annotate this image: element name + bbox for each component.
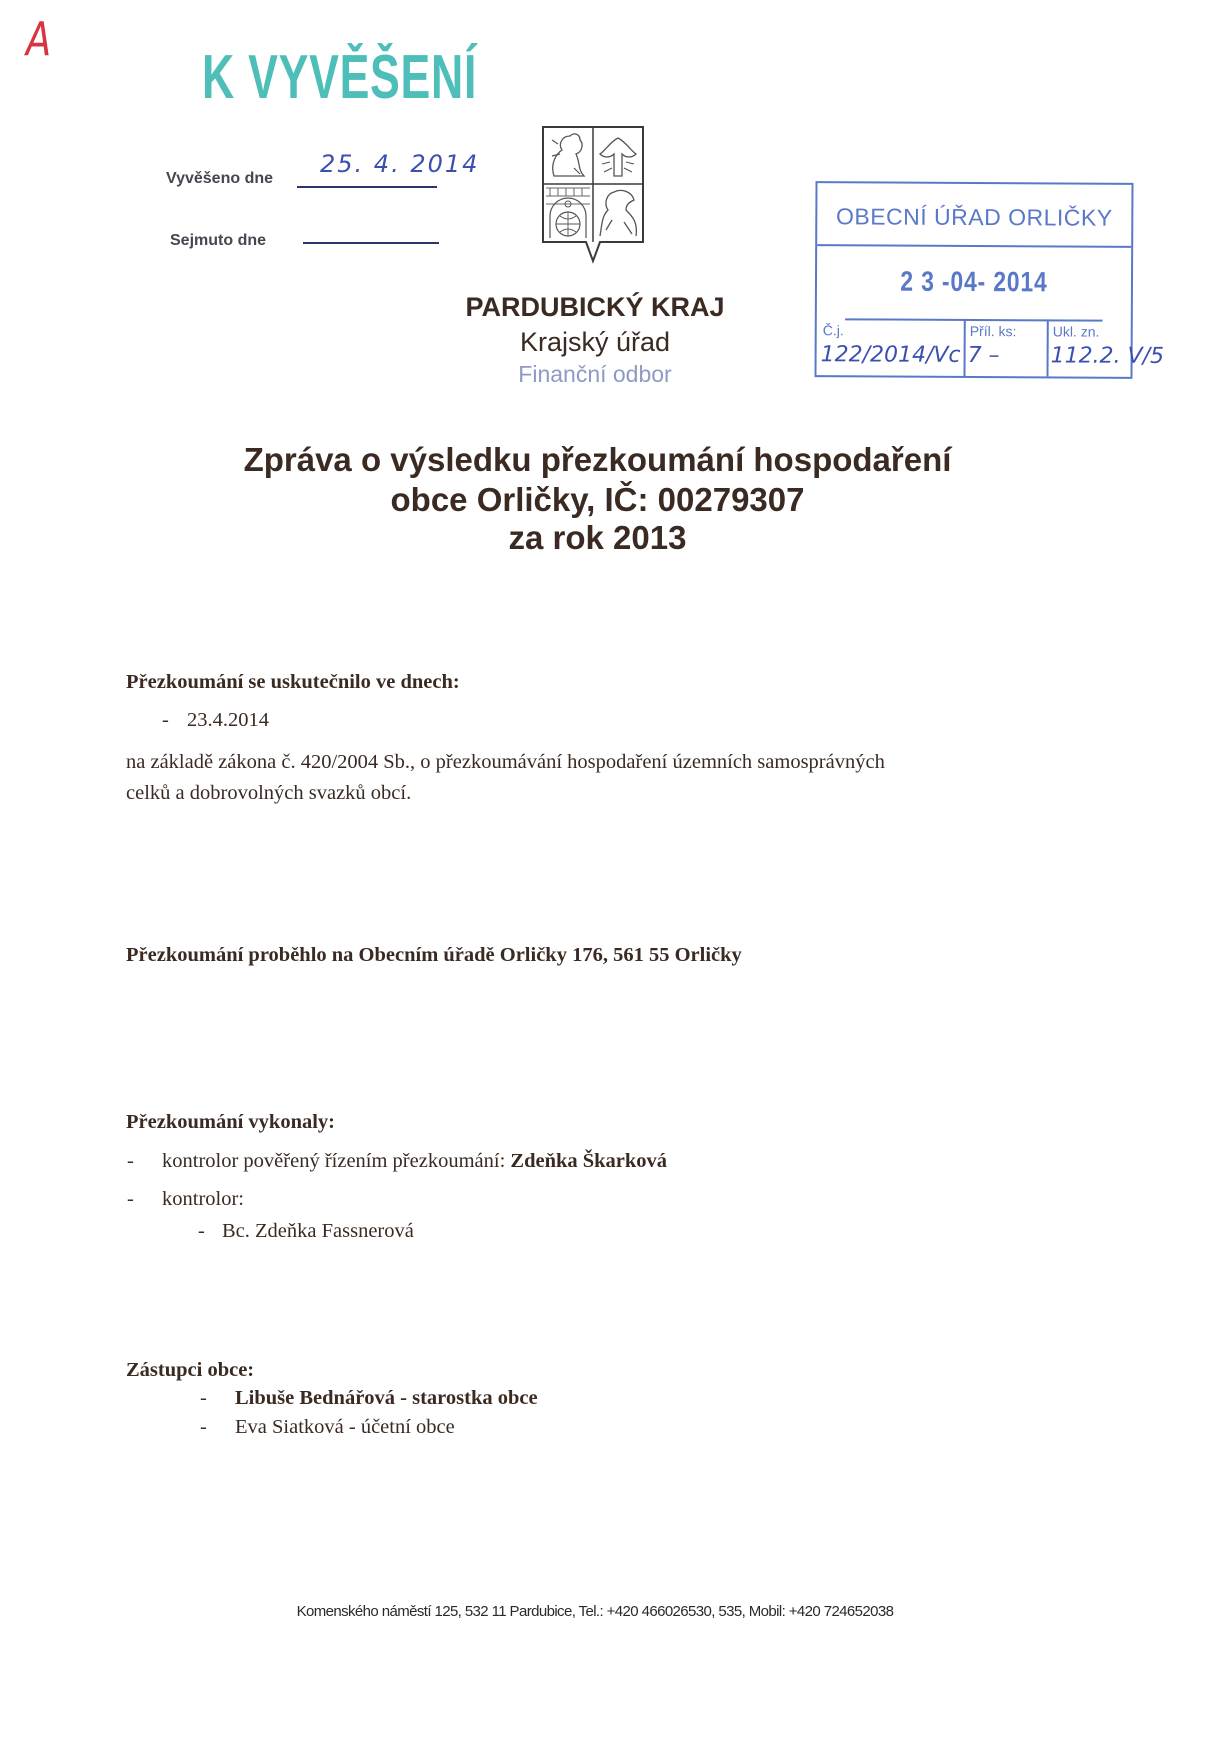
reference-number-value: 122/2014/Vc xyxy=(821,342,961,368)
review-dates-heading: Přezkoumání se uskutečnilo ve dnech: xyxy=(126,671,460,694)
legal-basis-line-2: celků a dobrovolných svazků obcí. xyxy=(126,782,411,805)
list-bullet: - xyxy=(200,1416,207,1439)
registry-stamp-office: OBECNÍ ÚŘAD ORLIČKY xyxy=(817,183,1131,248)
representative-accountant: Eva Siatková - účetní obce xyxy=(235,1416,455,1439)
posted-date: 25. 4. 2014 xyxy=(320,150,479,178)
lead-reviewer-label: kontrolor pověřený řízením přezkoumání: xyxy=(162,1150,505,1172)
lead-reviewer-name: Zdeňka Škarková xyxy=(510,1150,667,1172)
posted-date-line xyxy=(297,186,437,188)
representatives-heading: Zástupci obce: xyxy=(126,1359,254,1382)
attachments-label: Příl. ks: xyxy=(970,323,1017,339)
removed-date-line xyxy=(303,242,439,244)
document-title-line-1: Zpráva o výsledku přezkoumání hospodařen… xyxy=(0,441,1195,479)
review-location: Přezkoumání proběhlo na Obecním úřadě Or… xyxy=(126,944,742,967)
list-bullet: - xyxy=(162,709,169,732)
registry-stamp: OBECNÍ ÚŘAD ORLIČKY 2 3 -04- 2014 Č.j. 1… xyxy=(814,181,1133,379)
corner-mark: A xyxy=(26,12,51,66)
lead-reviewer: kontrolor pověřený řízením přezkoumání: … xyxy=(162,1150,667,1173)
list-bullet: - xyxy=(198,1220,205,1243)
filing-code-value: 112.2. V/5 xyxy=(1051,343,1165,369)
list-bullet: - xyxy=(127,1188,134,1211)
list-bullet: - xyxy=(127,1150,134,1173)
review-date: 23.4.2014 xyxy=(187,709,269,732)
attachments-cell: Příl. ks: 7 – xyxy=(963,319,1048,376)
footer-contact: Komenského náměstí 125, 532 11 Pardubice… xyxy=(0,1603,1190,1620)
list-bullet: - xyxy=(200,1387,207,1410)
reviewers-heading: Přezkoumání vykonaly: xyxy=(126,1111,335,1134)
reference-number-label: Č.j. xyxy=(823,322,844,338)
removed-label: Sejmuto dne xyxy=(170,232,266,250)
legal-basis-line-1: na základě zákona č. 420/2004 Sb., o pře… xyxy=(126,751,885,774)
controller-name: Bc. Zdeňka Fassnerová xyxy=(222,1220,414,1243)
filing-code-label: Ukl. zn. xyxy=(1053,323,1100,339)
reference-number-cell: Č.j. 122/2014/Vc xyxy=(816,318,965,376)
document-title-line-3: za rok 2013 xyxy=(0,519,1195,557)
representative-mayor: Libuše Bednářová - starostka obce xyxy=(235,1387,538,1410)
registry-stamp-date: 2 3 -04- 2014 xyxy=(845,244,1103,321)
attachments-value: 7 – xyxy=(968,343,1000,368)
posted-label: Vyvěšeno dne xyxy=(166,170,273,188)
coat-of-arms-icon xyxy=(540,124,646,264)
document-title-line-2: obce Orličky, IČ: 00279307 xyxy=(0,481,1195,519)
controller-label: kontrolor: xyxy=(162,1188,244,1211)
filing-code-cell: Ukl. zn. 112.2. V/5 xyxy=(1046,319,1130,376)
posting-stamp: K VYVĚŠENÍ xyxy=(202,46,477,110)
